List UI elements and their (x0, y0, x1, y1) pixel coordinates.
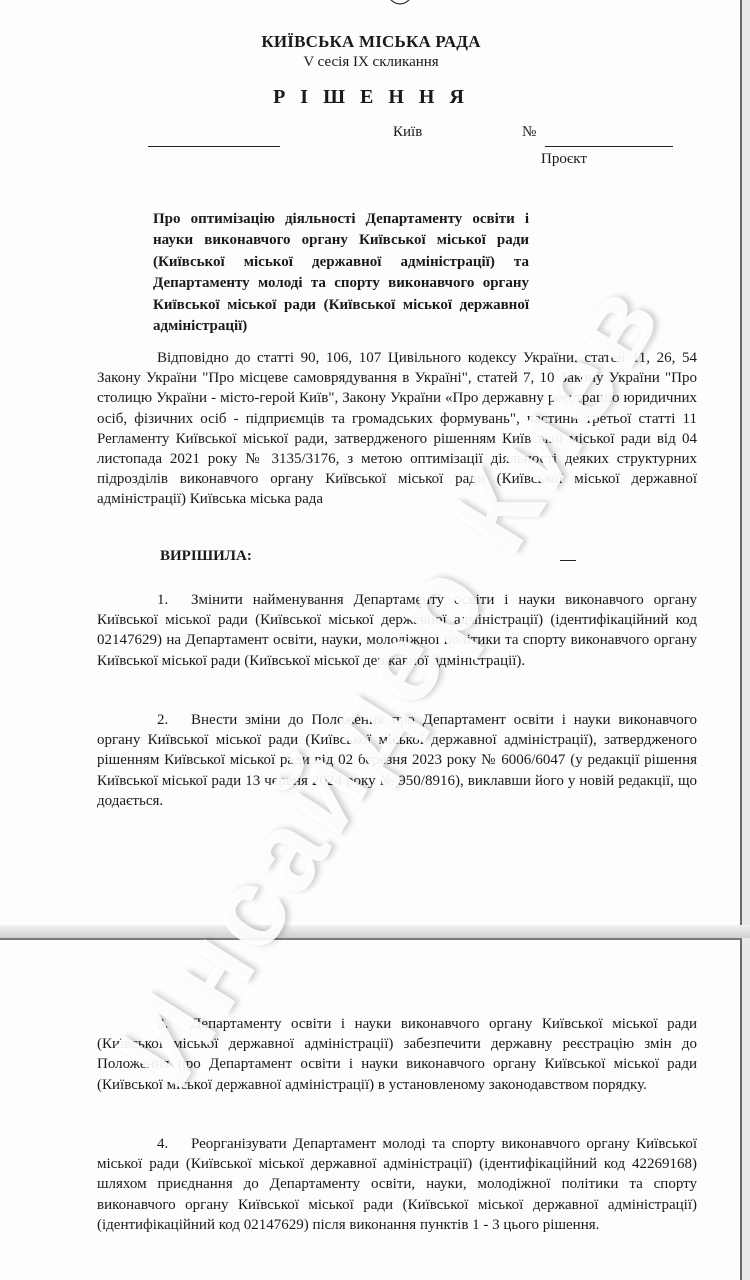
dash-mark (560, 560, 576, 561)
decision-item: 1.Змінити найменування Департаменту осві… (97, 590, 697, 671)
item-number: 1. (157, 590, 191, 610)
number-blank-line (545, 146, 673, 147)
item-number: 4. (157, 1134, 191, 1154)
council-name: КИЇВСЬКА МІСЬКА РАДА (0, 32, 742, 52)
decision-item: 2.Внести зміни до Положення про Департам… (97, 710, 697, 811)
draft-status: Проєкт (541, 151, 587, 168)
date-blank-line (148, 146, 280, 147)
item-number: 3. (157, 1014, 191, 1034)
kyiv-coat-of-arms-icon (387, 0, 413, 8)
session-info: V сесія IX скликання (0, 54, 742, 71)
page-separator (0, 925, 750, 938)
number-sign: № (522, 124, 536, 141)
decision-item: 4.Реорганізувати Департамент молоді та с… (97, 1134, 697, 1235)
preamble-paragraph: Відповідно до статті 90, 106, 107 Цивіль… (97, 348, 697, 510)
city-label: Київ (393, 124, 422, 141)
document-type: Р І Ш Е Н Н Я (0, 86, 742, 109)
decision-item: 3.Департаменту освіти і науки виконавчог… (97, 1014, 697, 1095)
decision-subject: Про оптимізацію діяльності Департаменту … (153, 209, 529, 337)
document-page-1: КИЇВСЬКА МІСЬКА РАДА V сесія IX скликанн… (0, 0, 742, 925)
document-page-2: 3.Департаменту освіти і науки виконавчог… (0, 938, 742, 1280)
resolved-heading: ВИРІШИЛА: (160, 548, 252, 565)
item-number: 2. (157, 710, 191, 730)
